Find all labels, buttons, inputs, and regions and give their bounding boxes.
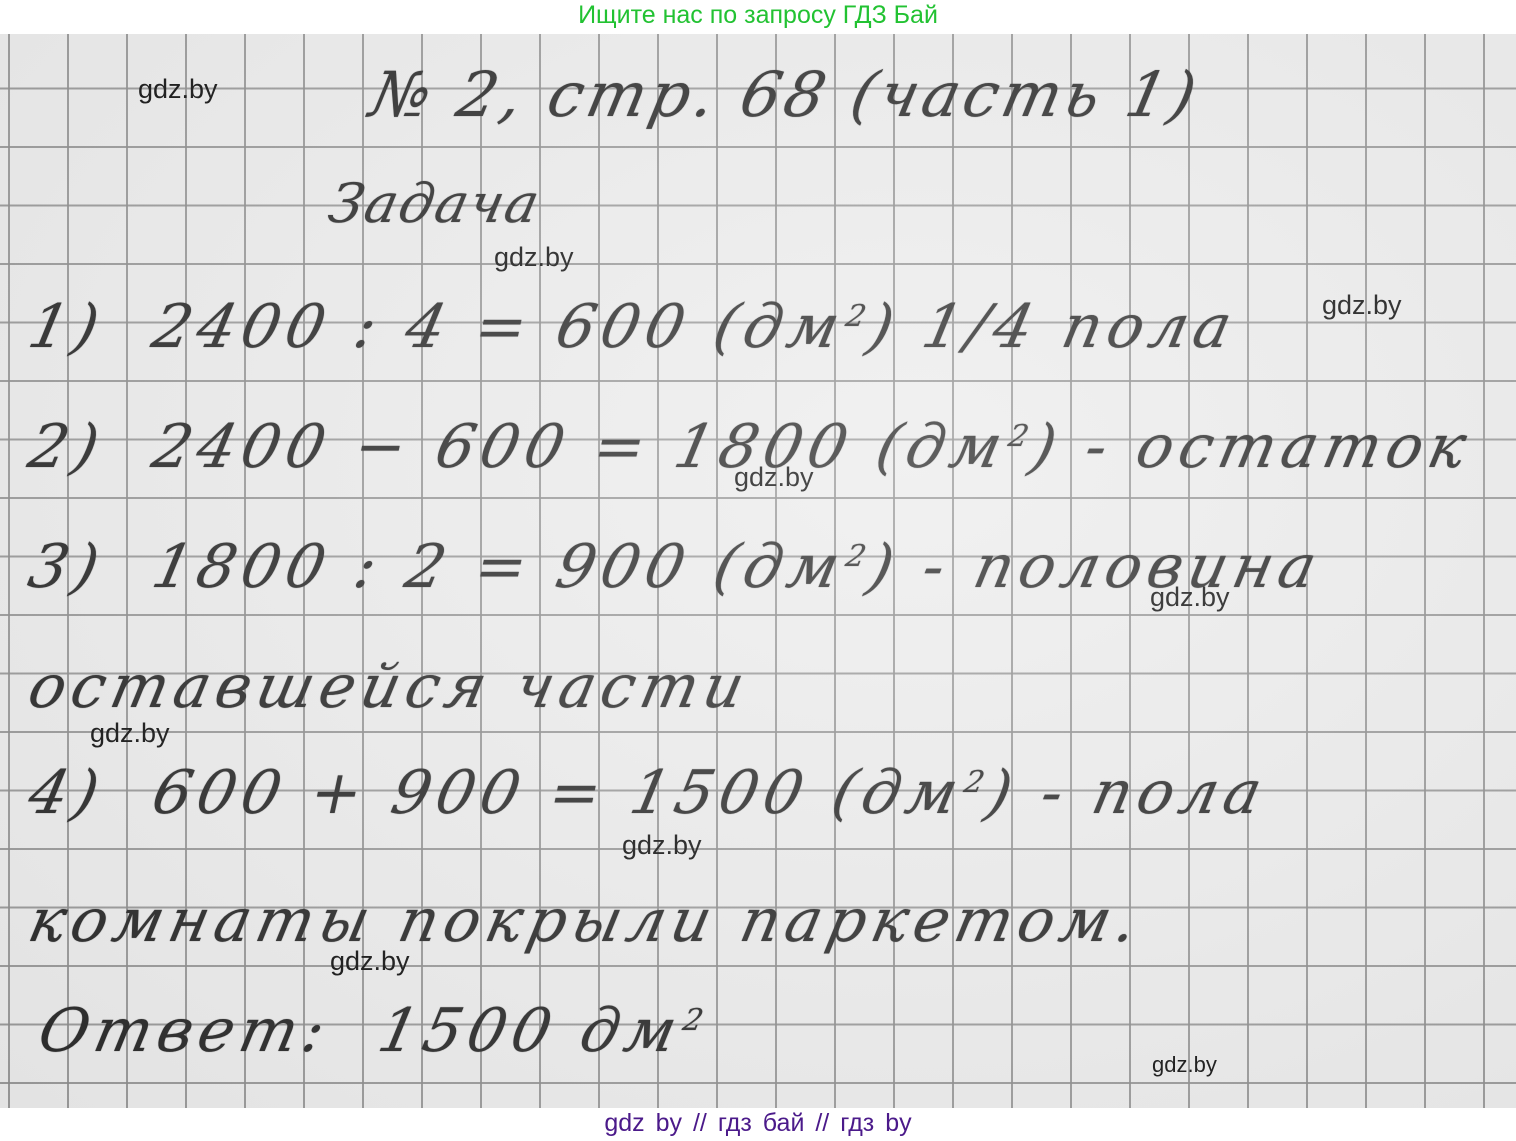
solution-step-4: 4) 600 + 900 = 1500 (дм2) - пола	[23, 758, 1274, 828]
watermark: gdz.by	[734, 462, 814, 493]
step-number: 1)	[23, 292, 111, 362]
step-note: ) - остаток	[1024, 412, 1478, 482]
solution-step-3: 3) 1800 : 2 = 900 (дм2) - половина	[23, 532, 1329, 602]
step-expression: 2400 : 4 = 600 (дм	[146, 292, 851, 362]
step-expression: 2400 − 600 = 1800 (дм	[146, 412, 1014, 482]
step-expression: комнаты покрыли паркетом.	[23, 886, 1150, 956]
site-footer-banner: gdz by // гдз бай // гдз by	[0, 1108, 1516, 1141]
watermark: gdz.by	[1322, 290, 1402, 321]
step-note: ) 1/4 пола	[862, 292, 1244, 362]
step-number: 3)	[23, 532, 111, 602]
watermark: gdz.by	[494, 242, 574, 273]
task-heading: Задача	[323, 172, 546, 235]
search-hint-banner: Ищите нас по запросу ГДЗ Бай	[0, 0, 1516, 34]
watermark: gdz.by	[330, 946, 410, 977]
step-number: 4)	[23, 758, 111, 828]
watermark: gdz.by	[90, 718, 170, 749]
answer-label: Ответ:	[33, 996, 338, 1066]
step-expression: оставшейся части	[23, 652, 757, 722]
solution-step-3-continued: оставшейся части	[23, 652, 757, 722]
answer-line: Ответ: 1500 дм2	[33, 996, 714, 1066]
answer-value: 1500 дм	[372, 996, 688, 1066]
step-expression: 1800 : 2 = 900 (дм	[146, 532, 851, 602]
step-note: ) - пола	[980, 758, 1273, 828]
step-expression: 600 + 900 = 1500 (дм	[146, 758, 970, 828]
step-number: 2)	[23, 412, 111, 482]
step-note: ) - половина	[862, 532, 1329, 602]
exercise-title: № 2, стр. 68 (часть 1)	[364, 58, 1206, 131]
watermark: gdz.by	[1150, 582, 1230, 613]
solution-step-1: 1) 2400 : 4 = 600 (дм2) 1/4 пола	[23, 292, 1244, 362]
solution-step-4-continued: комнаты покрыли паркетом.	[23, 886, 1150, 956]
watermark: gdz.by	[138, 74, 218, 105]
watermark: gdz.by	[622, 830, 702, 861]
notebook-page-photo: № 2, стр. 68 (часть 1) Задача 1) 2400 : …	[0, 34, 1516, 1108]
watermark: gdz.by	[1152, 1052, 1217, 1078]
exponent: 2	[680, 1003, 713, 1038]
